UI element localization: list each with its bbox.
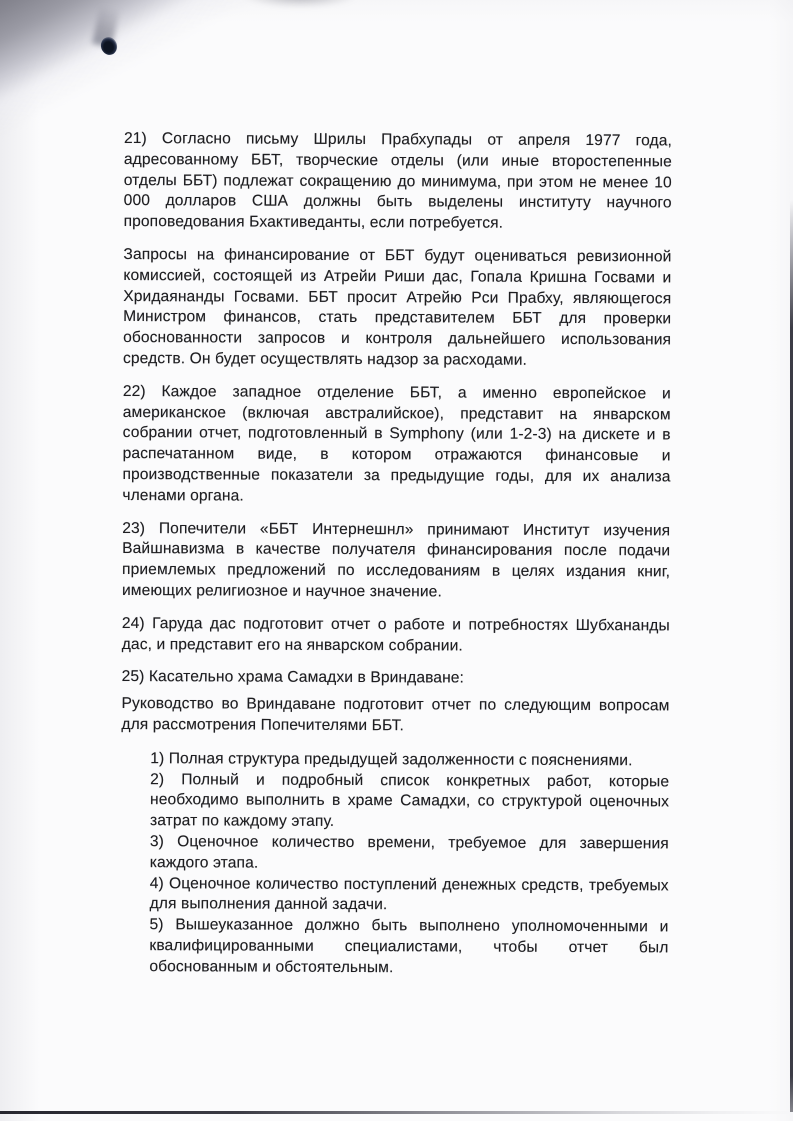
scanned-page: 21) Согласно письму Шрилы Прабхупады от … xyxy=(0,0,793,1121)
paragraph-22: 22) Каждое западное отделение ББТ, а име… xyxy=(122,382,671,509)
paragraph-23: 23) Попечители «ББТ Интернешнл» принимаю… xyxy=(122,519,670,605)
paragraph-21: 21) Согласно письму Шрилы Прабхупады от … xyxy=(124,129,672,235)
sublist-item-5: 5) Вышеуказанное должно быть выполнено у… xyxy=(149,915,668,980)
sublist-item-4: 4) Оценочное количество поступлений дене… xyxy=(150,874,669,918)
scan-top-smudge xyxy=(240,0,360,8)
sublist-item-3: 3) Оценочное количество времени, требуем… xyxy=(150,832,669,876)
document-text-block: 21) Согласно письму Шрилы Прабхупады от … xyxy=(120,129,672,980)
paragraph-25-header: 25) Касательно храма Самадхи в Вриндаван… xyxy=(122,667,670,690)
sublist-item-1: 1) Полная структура предыдущей задолженн… xyxy=(150,749,669,772)
paragraph-25-intro: Руководство во Вриндаване подготовит отч… xyxy=(121,694,669,738)
numbered-sublist: 1) Полная структура предыдущей задолженн… xyxy=(149,749,669,980)
paragraph-24: 24) Гаруда дас подготовит отчет о работе… xyxy=(122,614,670,658)
sublist-item-2: 2) Полный и подробный список конкретных … xyxy=(150,770,669,835)
scan-bottom-edge xyxy=(0,1111,793,1114)
paragraph-21-funding: Запросы на финансирование от ББТ будут о… xyxy=(123,245,672,372)
